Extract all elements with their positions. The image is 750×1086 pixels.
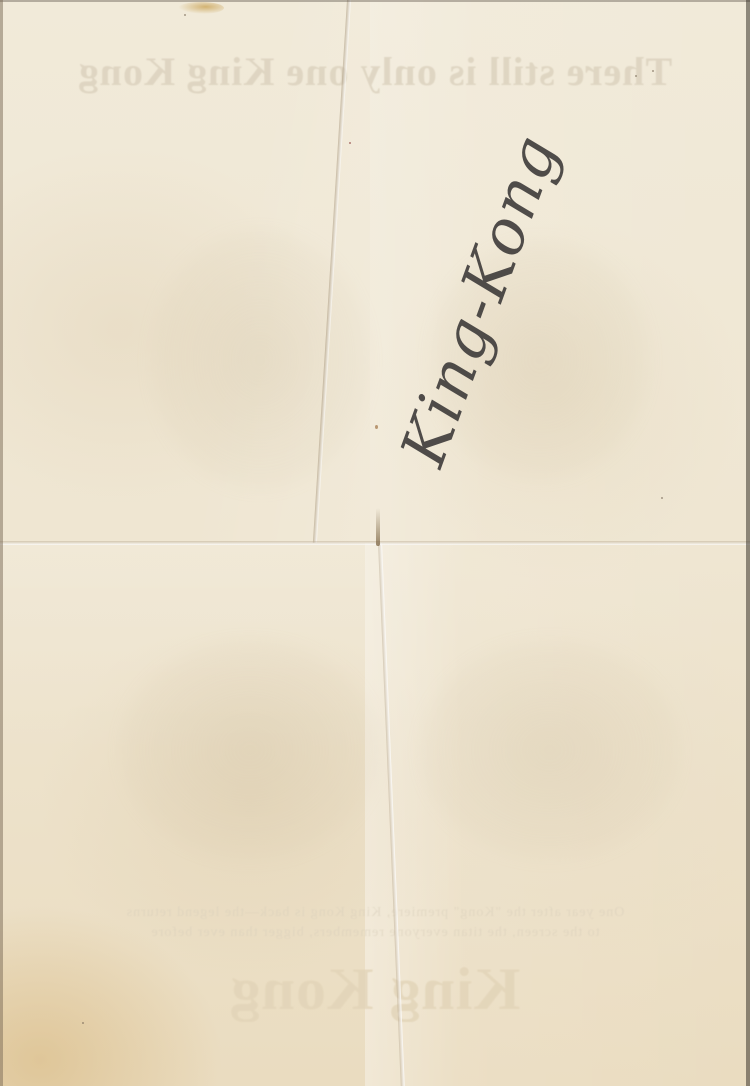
speck [635,75,637,77]
paper-edge-right [746,0,750,1086]
horizontal-fold [0,541,750,545]
speck [661,497,663,499]
paper-edge-top [0,0,750,2]
speck [349,142,351,144]
bleed-through-title: King Kong [185,955,565,1024]
bleed-through-heading: There still is only one King Kong [45,48,705,95]
speck [375,425,378,429]
speck [82,1022,84,1024]
bleed-through-body-line: to the screen, the titan everyone rememb… [50,925,700,941]
bleed-through-body-line: One year after the "Kong" premiere, King… [50,905,700,921]
ghost-image-area [120,640,380,860]
poster-back-photo: There still is only one King Kong One ye… [0,0,750,1086]
speck [652,70,654,72]
speck [184,14,186,16]
ghost-image-area [150,230,370,490]
ghost-image-area [420,640,680,860]
paper-edge-left [0,0,3,1086]
fold-intersection-crease [376,508,380,546]
stain-mark [178,2,224,14]
